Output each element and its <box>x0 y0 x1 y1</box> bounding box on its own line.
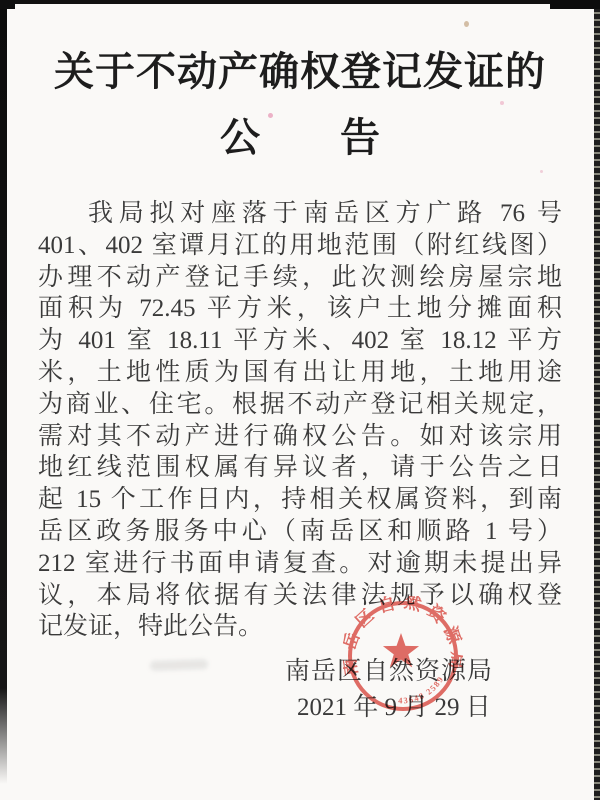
scan-speck <box>464 21 469 27</box>
announcement-body: 我局拟对座落于南岳区方广路 76 号 401、402 室谭月江的用地范围（附红线… <box>38 198 562 643</box>
official-seal-stamp-icon: 南岳区自然资源局 43648 2589 <box>343 596 463 716</box>
announcement-title-line2: 公 告 <box>0 116 600 160</box>
scanned-announcement-page: 关于不动产确权登记发证的 公 告 我局拟对座落于南岳区方广路 76 号 401、… <box>0 0 600 800</box>
body-line: 需对其不动产进行确权公告。如对该宗用 <box>38 421 562 453</box>
announcement-title-line1: 关于不动产确权登记发证的 <box>0 50 600 94</box>
svg-text:43648 2589: 43648 2589 <box>398 674 446 706</box>
body-line: 为商业、住宅。根据不动产登记相关规定， <box>38 389 562 421</box>
body-line: 办理不动产登记手续，此次测绘房屋宗地 <box>38 262 562 294</box>
body-line: 岳区政务服务中心（南岳区和顺路 1 号） <box>38 516 562 548</box>
scan-smudge <box>150 659 208 671</box>
body-line: 议，本局将依据有关法律法规予以确权登 <box>38 580 562 612</box>
seal-code-digits: 43648 2589 <box>398 674 446 706</box>
scan-edge-top <box>0 0 600 4</box>
body-line: 地红线范围权属有异议者，请于公告之日 <box>38 452 562 484</box>
body-line: 401、402 室谭月江的用地范围（附红线图） <box>38 230 562 262</box>
body-line: 米，土地性质为国有出让用地，土地用途 <box>38 357 562 389</box>
scan-speck <box>500 101 504 105</box>
scan-speck <box>540 170 543 173</box>
scan-speck <box>268 113 273 118</box>
seal-star-icon <box>383 633 419 667</box>
svg-text:南岳区自然资源局: 南岳区自然资源局 <box>343 596 463 677</box>
body-line: 212 室进行书面申请复查。对逾期未提出异 <box>38 548 562 580</box>
seal-arc-text: 南岳区自然资源局 <box>343 596 463 677</box>
body-line: 我局拟对座落于南岳区方广路 76 号 <box>38 198 562 230</box>
body-line: 起 15 个工作日内，持相关权属资料，到南 <box>38 484 562 516</box>
body-line: 面积为 72.45 平方米，该户土地分摊面积 <box>38 293 562 325</box>
body-line: 记发证，特此公告。 <box>38 611 562 643</box>
body-line: 为 401 室 18.11 平方米、402 室 18.12 平方 <box>38 325 562 357</box>
scan-corner-top-left <box>0 0 15 9</box>
scan-corner-top-right <box>550 0 600 9</box>
